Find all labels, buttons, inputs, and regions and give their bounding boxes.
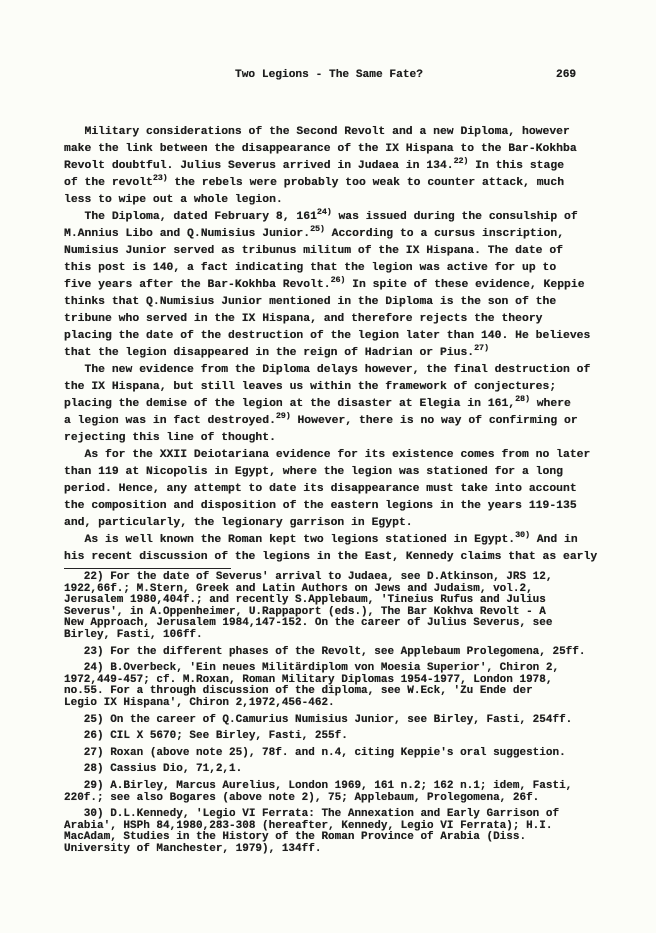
text-line: 29) A.Birley, Marcus Aurelius, London 19… — [64, 781, 586, 793]
text-line: 27) Roxan (above note 25), 78f. and n.4,… — [64, 748, 586, 760]
footnote-30: 30) D.L.Kennedy, 'Legio VI Ferrata: The … — [64, 809, 586, 855]
text-line: that the legion disappeared in the reign… — [64, 345, 597, 362]
footnote-separator — [64, 568, 231, 569]
footnote-ref: 26) — [331, 275, 346, 285]
text-line: Military considerations of the Second Re… — [64, 124, 597, 141]
footnote-22: 22) For the date of Severus' arrival to … — [64, 572, 586, 642]
footnote-28: 28) Cassius Dio, 71,2,1. — [64, 764, 586, 776]
body-paragraph-4: As for the XXII Deiotariana evidence for… — [64, 447, 597, 532]
footnote-24: 24) B.Overbeck, 'Ein neues Militärdiplom… — [64, 663, 586, 709]
footnote-ref: 23) — [153, 173, 168, 183]
text-line: period. Hence, any attempt to date its d… — [64, 481, 597, 498]
scanned-paper-page: Two Legions - The Same Fate? 269 Militar… — [0, 0, 656, 933]
text-line: As is well known the Roman kept two legi… — [64, 532, 597, 549]
text-line: The Diploma, dated February 8, 16124) wa… — [64, 209, 597, 226]
footnote-29: 29) A.Birley, Marcus Aurelius, London 19… — [64, 781, 586, 804]
page-title: Two Legions - The Same Fate? — [64, 68, 594, 82]
footnote-ref: 28) — [515, 394, 530, 404]
text-line: 220f.; see also Bogares (above note 2), … — [64, 793, 586, 805]
text-line: tribune who served in the IX Hispana, an… — [64, 311, 597, 328]
page-number: 269 — [556, 68, 576, 82]
text-line: M.Annius Libo and Q.Numisius Junior.25) … — [64, 226, 597, 243]
text-line: a legion was in fact destroyed.29) Howev… — [64, 413, 597, 430]
text-line: than 119 at Nicopolis in Egypt, where th… — [64, 464, 597, 481]
text-line: The new evidence from the Diploma delays… — [64, 362, 597, 379]
text-line: thinks that Q.Numisius Junior mentioned … — [64, 294, 597, 311]
text-line: Birley, Fasti, 106ff. — [64, 630, 586, 642]
text-line: the composition and disposition of the e… — [64, 498, 597, 515]
footnote-ref: 27) — [474, 343, 489, 353]
text-line: 26) CIL X 5670; See Birley, Fasti, 255f. — [64, 731, 586, 743]
text-line: 28) Cassius Dio, 71,2,1. — [64, 764, 586, 776]
body-paragraph-1: Military considerations of the Second Re… — [64, 124, 597, 209]
text-line: make the link between the disappearance … — [64, 141, 597, 158]
footnote-ref: 22) — [454, 156, 469, 166]
text-line: 22) For the date of Severus' arrival to … — [64, 572, 586, 584]
body-text: Military considerations of the Second Re… — [64, 124, 597, 566]
footnote-ref: 29) — [276, 411, 291, 421]
text-line: Numisius Junior served as tribunus milit… — [64, 243, 597, 260]
footnote-26: 26) CIL X 5670; See Birley, Fasti, 255f. — [64, 731, 586, 743]
body-paragraph-5: As is well known the Roman kept two legi… — [64, 532, 597, 566]
text-line: 25) On the career of Q.Camurius Numisius… — [64, 715, 586, 727]
text-line: 24) B.Overbeck, 'Ein neues Militärdiplom… — [64, 663, 586, 675]
text-line: placing the demise of the legion at the … — [64, 396, 597, 413]
text-line: rejecting this line of thought. — [64, 430, 597, 447]
text-line: five years after the Bar-Kokhba Revolt.2… — [64, 277, 597, 294]
footnote-ref: 25) — [310, 224, 325, 234]
body-paragraph-2: The Diploma, dated February 8, 16124) wa… — [64, 209, 597, 362]
text-line: his recent discussion of the legions in … — [64, 549, 597, 566]
footnote-23: 23) For the different phases of the Revo… — [64, 647, 586, 659]
footnotes-section: 22) For the date of Severus' arrival to … — [64, 572, 586, 855]
text-line: 30) D.L.Kennedy, 'Legio VI Ferrata: The … — [64, 809, 586, 821]
body-paragraph-3: The new evidence from the Diploma delays… — [64, 362, 597, 447]
text-line: Revolt doubtful. Julius Severus arrived … — [64, 158, 597, 175]
text-line: Legio IX Hispana', Chiron 2,1972,456-462… — [64, 698, 586, 710]
text-line: 23) For the different phases of the Revo… — [64, 647, 586, 659]
footnote-ref: 30) — [515, 530, 530, 540]
text-line: University of Manchester, 1979), 134ff. — [64, 844, 586, 856]
footnote-ref: 24) — [317, 207, 332, 217]
text-line: As for the XXII Deiotariana evidence for… — [64, 447, 597, 464]
footnote-25: 25) On the career of Q.Camurius Numisius… — [64, 715, 586, 727]
text-line: placing the date of the destruction of t… — [64, 328, 597, 345]
footnote-27: 27) Roxan (above note 25), 78f. and n.4,… — [64, 748, 586, 760]
text-line: of the revolt23) the rebels were probabl… — [64, 175, 597, 192]
